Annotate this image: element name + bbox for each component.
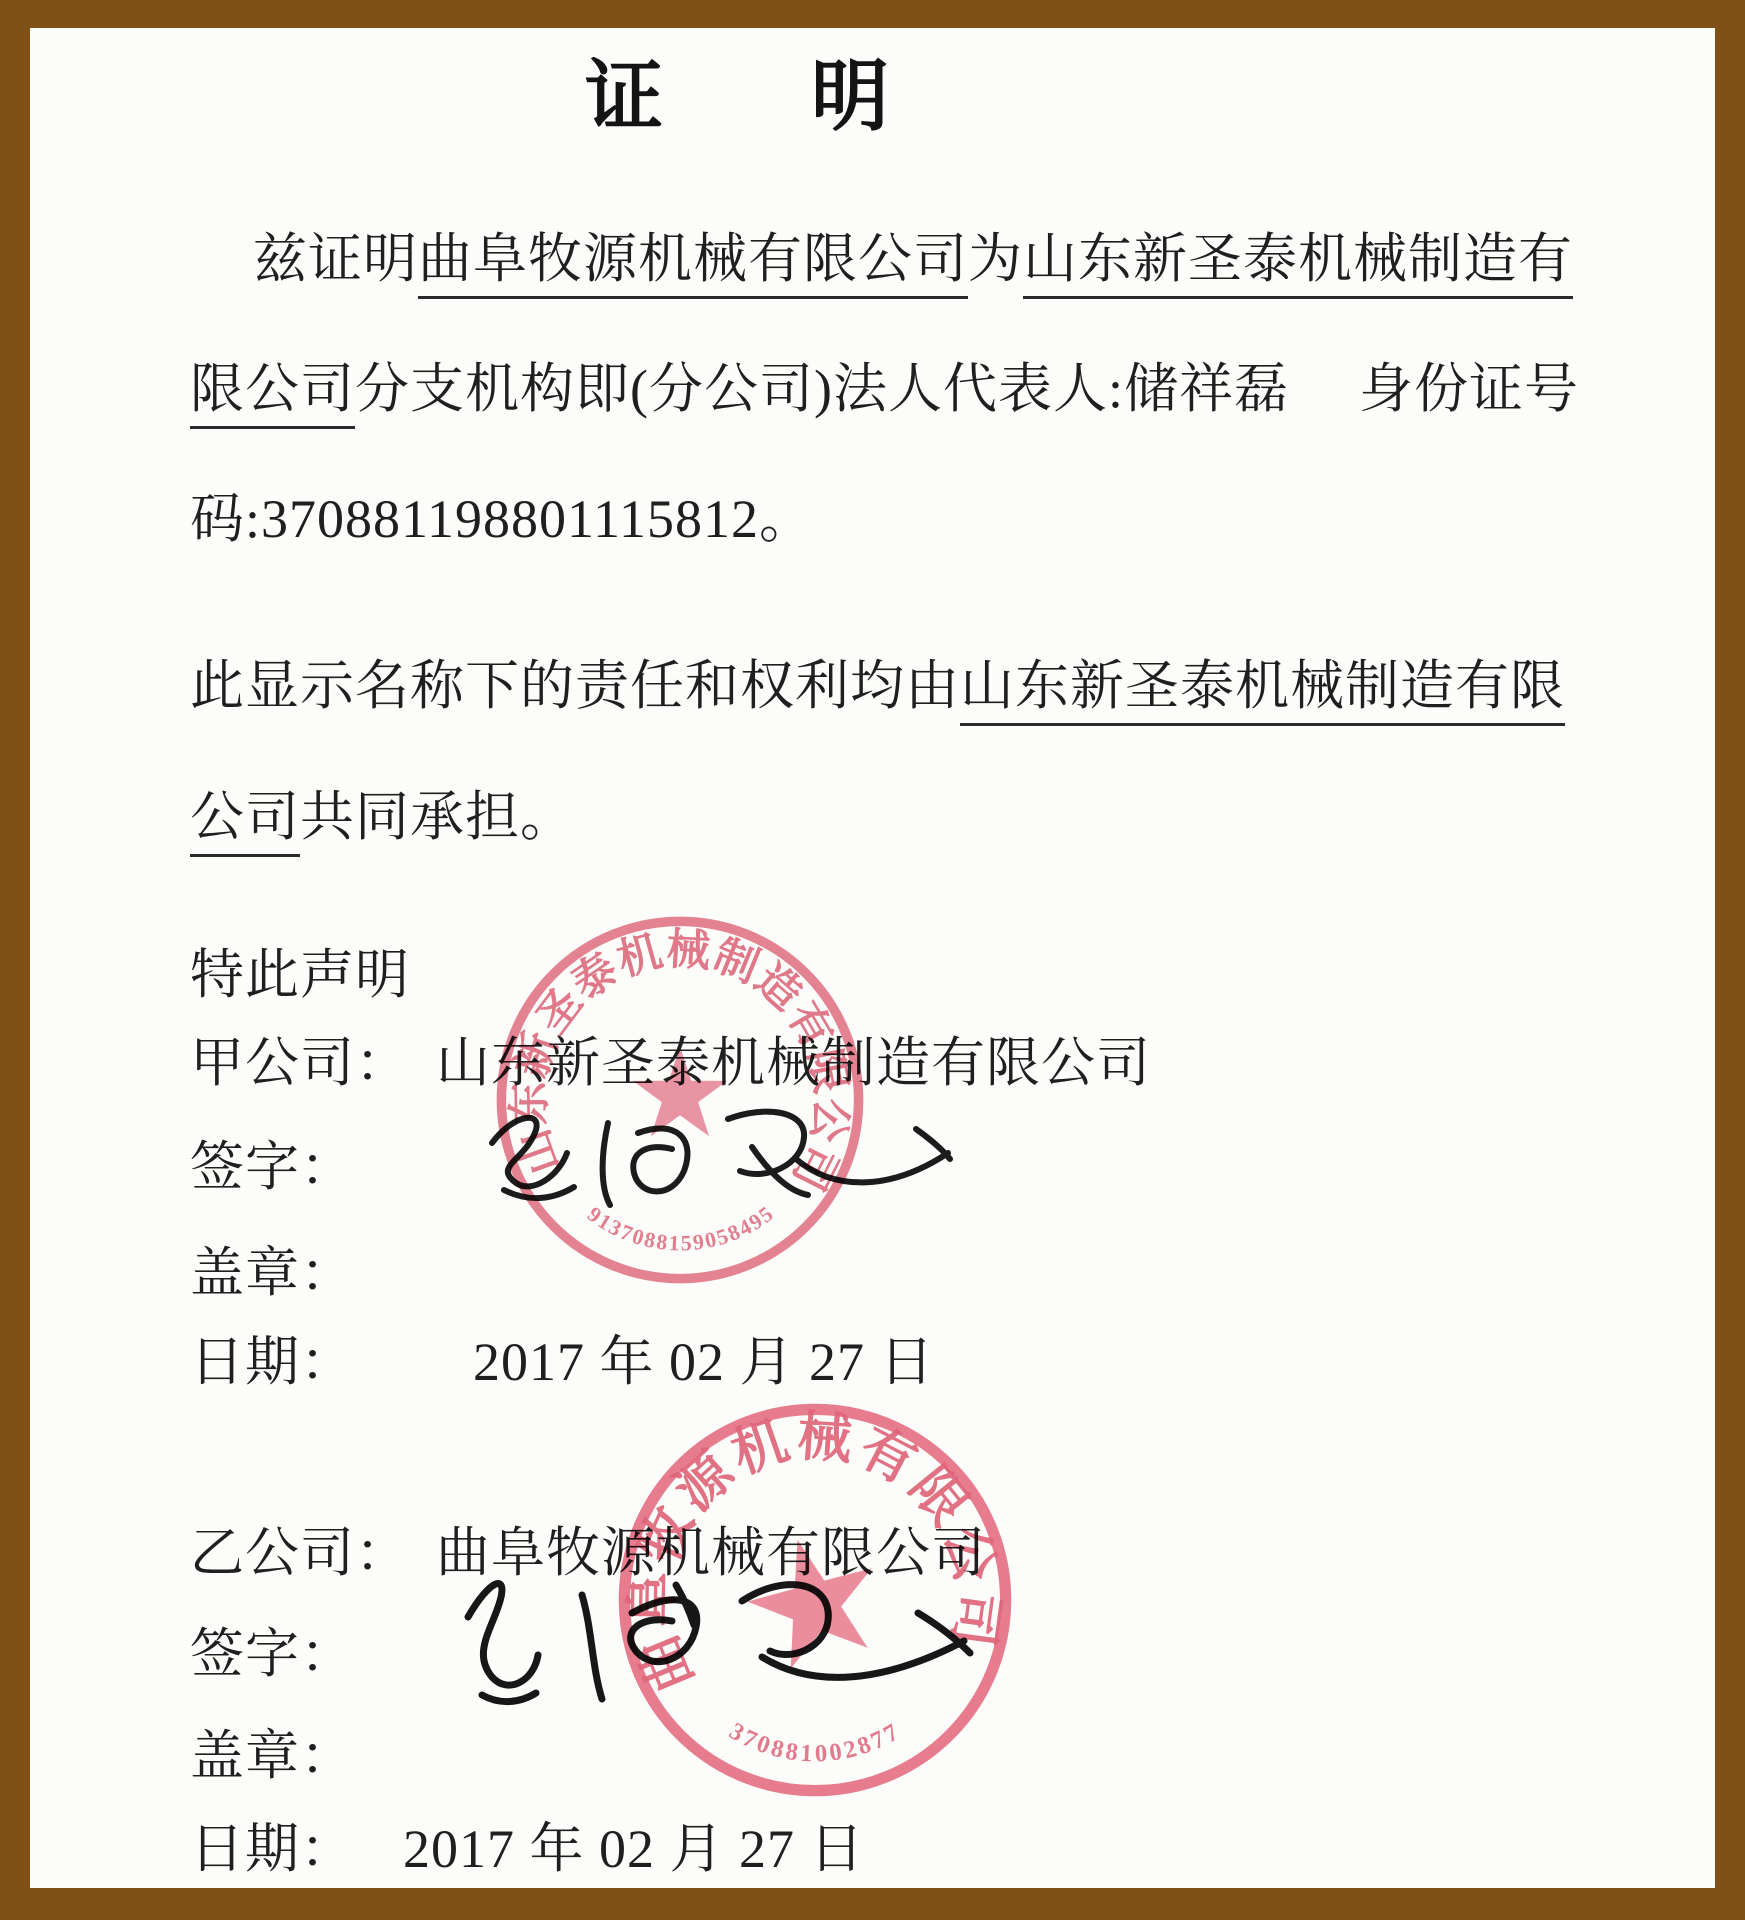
body-text: 兹证明 <box>253 229 418 289</box>
party-b-seal-line: 盖章： <box>190 1725 355 1787</box>
underlined-company-xinshengtai: 山东新圣泰机械制造有 <box>1023 229 1573 299</box>
party-a-sign-label: 签字： <box>190 1137 355 1197</box>
declaration-line: 特此声明 <box>190 944 410 1006</box>
scanned-certificate-page: 证明 兹证明曲阜牧源机械有限公司为山东新圣泰机械制造有 限公司分支机构即(分公司… <box>0 0 1745 1920</box>
handwritten-signature-party-b <box>440 1555 1000 1735</box>
party-b-sign-label: 签字： <box>190 1624 355 1684</box>
underlined-company-continuation-2: 公司 <box>190 787 300 857</box>
party-b-sign-line: 签字： <box>190 1623 355 1685</box>
body-text: 身份证号 <box>1359 359 1579 419</box>
body-line-5: 公司共同承担。 <box>190 786 575 848</box>
body-line-4: 此显示名称下的责任和权利均由山东新圣泰机械制造有限 <box>190 655 1565 717</box>
party-a-sign-line: 签字： <box>190 1136 355 1198</box>
party-b-date-value: 2017 年 02 月 27 日 <box>403 1819 865 1879</box>
body-text: 分支机构即(分公司)法人代表人:储祥磊 <box>355 359 1289 419</box>
body-text: 为 <box>968 229 1023 289</box>
party-b-date-line: 日期：2017 年 02 月 27 日 <box>190 1818 865 1880</box>
document-title: 证明 <box>585 52 1037 142</box>
underlined-company-xinshengtai-2: 山东新圣泰机械制造有限 <box>960 656 1565 726</box>
party-a-seal-label: 盖章： <box>190 1243 355 1303</box>
party-a-label: 甲公司： <box>190 1033 410 1093</box>
party-a-date-label: 日期： <box>190 1332 355 1392</box>
body-line-2: 限公司分支机构即(分公司)法人代表人:储祥磊身份证号 <box>190 358 1579 420</box>
party-a-date-value: 2017 年 02 月 27 日 <box>473 1332 935 1392</box>
id-number-text: 码:370881198801115812。 <box>190 489 814 549</box>
party-b-date-label: 日期： <box>190 1819 355 1879</box>
declaration-text: 特此声明 <box>190 945 410 1005</box>
body-line-3: 码:370881198801115812。 <box>190 488 814 550</box>
body-line-1: 兹证明曲阜牧源机械有限公司为山东新圣泰机械制造有 <box>253 228 1573 290</box>
underlined-company-muyuan: 曲阜牧源机械有限公司 <box>418 229 968 299</box>
party-b-seal-label: 盖章： <box>190 1726 355 1786</box>
underlined-company-continuation: 限公司 <box>190 359 355 429</box>
party-a-seal-line: 盖章： <box>190 1242 355 1304</box>
handwritten-signature-party-a <box>470 1095 980 1230</box>
party-b-label: 乙公司： <box>190 1523 410 1583</box>
party-a-date-line: 日期：2017 年 02 月 27 日 <box>190 1331 935 1393</box>
body-text: 共同承担。 <box>300 787 575 847</box>
body-text: 此显示名称下的责任和权利均由 <box>190 656 960 716</box>
